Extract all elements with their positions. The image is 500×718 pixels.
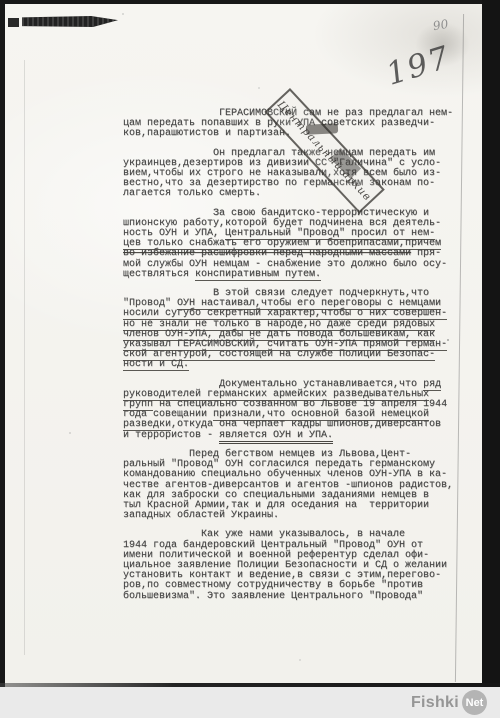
scanner-border-left xyxy=(0,0,5,687)
watermark-strip: Fishki Net xyxy=(0,687,500,718)
redaction-mark-bar xyxy=(22,16,118,27)
text-line: большевизма". Это заявление Центрального… xyxy=(123,592,473,602)
ink-smudge xyxy=(306,123,338,135)
scanned-document: 90 197 ГЕРАСИМОВСКИЙ сам не раз предлага… xyxy=(0,0,500,718)
paragraph: Он предлагал также немцам передать имукр… xyxy=(123,149,473,200)
paragraph: За свою бандитско-террористическую ишпио… xyxy=(123,209,473,280)
watermark-badge: Net xyxy=(462,690,487,715)
typed-text: ГЕРАСИМОВСКИЙ сам не раз предлагал нем-ц… xyxy=(123,109,473,602)
paragraph: Перед бегством немцев из Львова,Цент-рал… xyxy=(123,450,473,521)
paragraph: Документально устанавливается,что рядрук… xyxy=(123,380,473,441)
watermark-brand: Fishki xyxy=(411,694,459,712)
text-line: западных областей Украины. xyxy=(123,511,473,521)
scanner-border-right xyxy=(482,0,500,687)
redaction-mark-square xyxy=(8,18,19,27)
paragraph: В этой связи следует подчеркнуть,что"Про… xyxy=(123,289,473,371)
scanner-border-top xyxy=(0,0,500,4)
text-line: лагается только смерть. xyxy=(123,189,473,199)
corner-number: 90 xyxy=(432,17,449,33)
text-line: и террористов - является ОУН и УПА. xyxy=(123,431,473,441)
text-line: ществляться конспиративным путем. xyxy=(123,270,473,280)
text-line: ности и СД. xyxy=(123,360,473,370)
paragraph: Как уже нами указывалось, в начале1944 г… xyxy=(123,530,473,601)
left-margin-line xyxy=(24,60,25,655)
redaction-mark xyxy=(8,16,118,28)
